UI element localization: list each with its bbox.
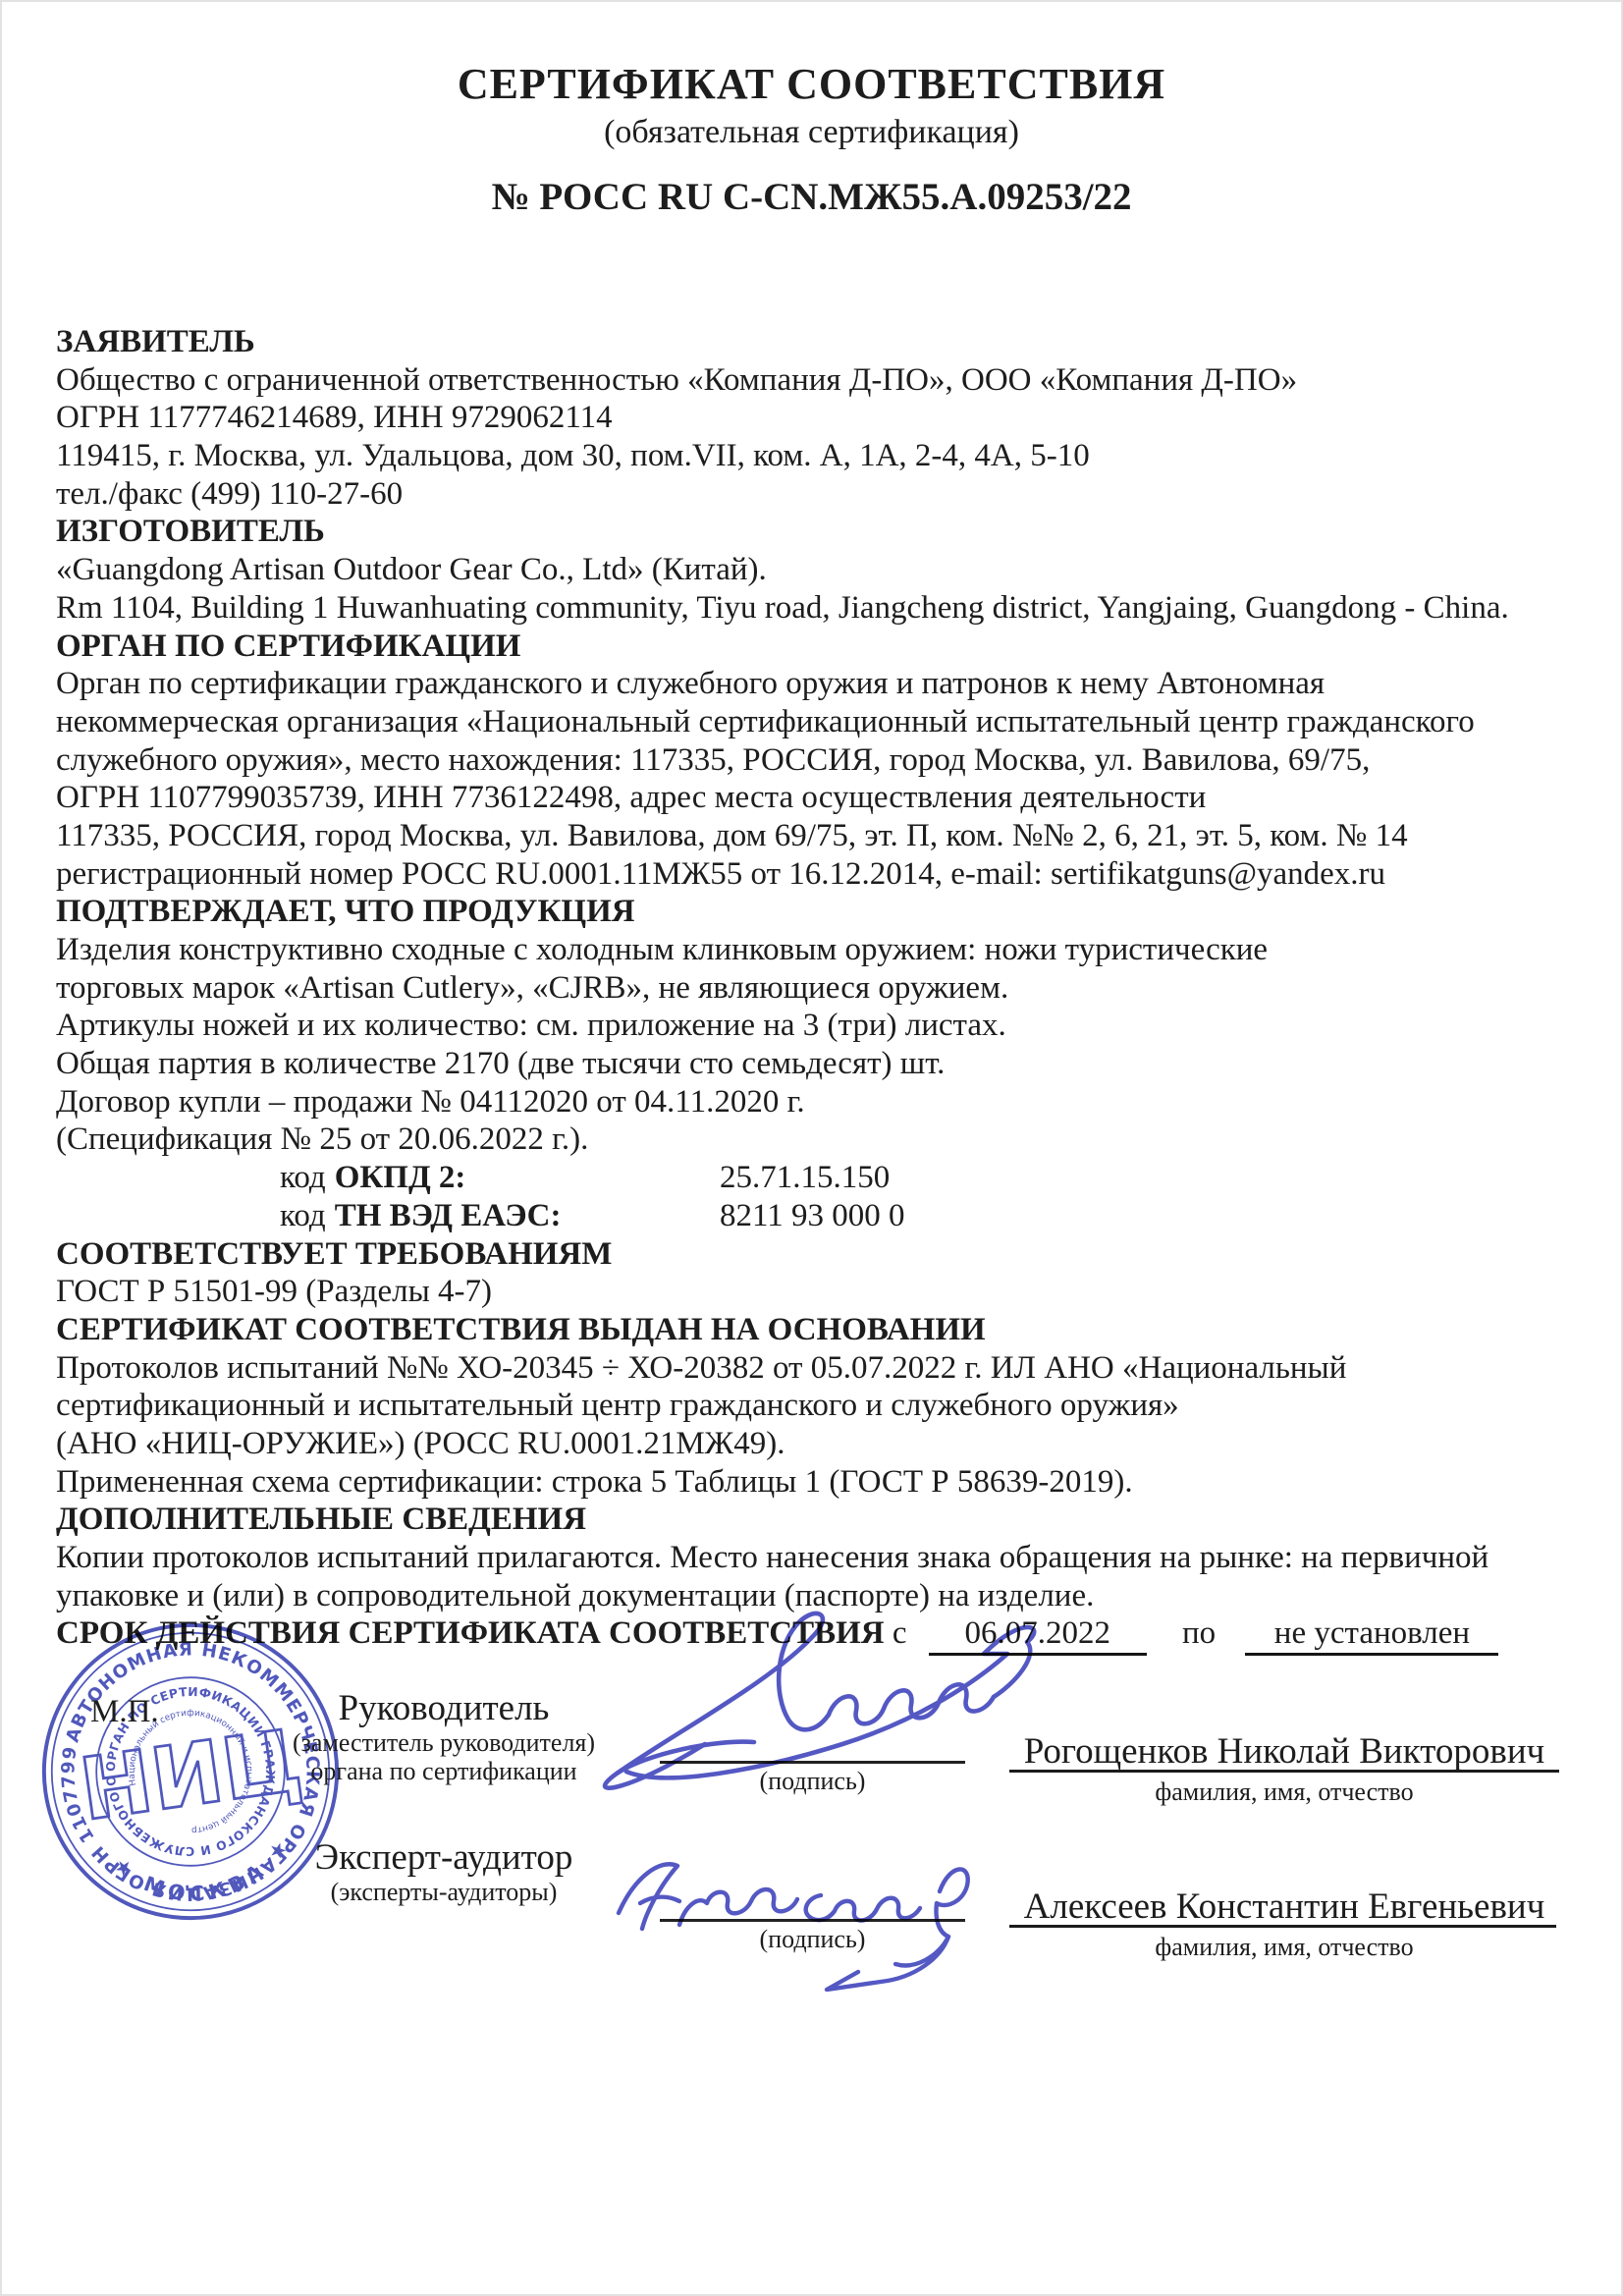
text-line: Копии протоколов испытаний прилагаются. … — [56, 1539, 1603, 1577]
head-name: Рогощенков Николай Викторович — [982, 1730, 1587, 1773]
stamp-city-text: ★ МОСКВА ★ — [107, 1830, 302, 1918]
expert-name: Алексеев Константин Евгеньевич — [982, 1886, 1587, 1928]
code-prefix: код — [280, 1198, 326, 1233]
validity-date-to: не установлен — [1245, 1614, 1498, 1656]
code-prefix: код — [280, 1160, 326, 1195]
certificate-title: СЕРТИФИКАТ СООТВЕТСТВИЯ — [0, 59, 1623, 109]
text-line: служебного оружия», место нахождения: 11… — [56, 741, 1603, 780]
validity-to-word: по — [1182, 1615, 1216, 1651]
code-label: ОКПД 2: — [335, 1160, 466, 1195]
text-line: Орган по сертификации гражданского и слу… — [56, 665, 1603, 703]
expert-signature-ink — [601, 1834, 998, 1992]
text-line: Примененная схема сертификации: строка 5… — [56, 1463, 1603, 1502]
head-role-block: Руководитель (заместитель руководителя) … — [282, 1689, 606, 1785]
text-line: торговых марок «Artisan Cutlery», «CJRB»… — [56, 969, 1603, 1008]
text-line: ПОДТВЕРЖДАЕТ, ЧТО ПРОДУКЦИЯ — [56, 893, 1603, 931]
code-value: 25.71.15.150 — [720, 1159, 890, 1197]
body-lines-top: ЗАЯВИТЕЛЬОбщество с ограниченной ответст… — [56, 323, 1603, 1159]
head-name-caption: фамилия, имя, отчество — [982, 1777, 1587, 1807]
expert-role-title: Эксперт-аудитор — [282, 1838, 606, 1878]
head-role-sub1: (заместитель руководителя) — [282, 1728, 606, 1757]
code-row: кодТН ВЭД ЕАЭС: 8211 93 000 0 — [56, 1197, 1603, 1235]
certificate-number: № РОСС RU C-CN.МЖ55.А.09253/22 — [0, 175, 1623, 219]
code-rows: кодОКПД 2: 25.71.15.150 кодТН ВЭД ЕАЭС: … — [56, 1159, 1603, 1234]
document-body: ЗАЯВИТЕЛЬОбщество с ограниченной ответст… — [56, 323, 1603, 1653]
text-line: Договор купли – продажи № 04112020 от 04… — [56, 1083, 1603, 1121]
svg-text:★ МОСКВА ★: ★ МОСКВА ★ — [107, 1830, 302, 1918]
head-role-sub2: органа по сертификации — [282, 1757, 606, 1785]
text-line: ОРГАН ПО СЕРТИФИКАЦИИ — [56, 628, 1603, 666]
code-value: 8211 93 000 0 — [720, 1197, 905, 1235]
signature-caption-2: (подпись) — [660, 1925, 965, 1954]
code-label: ТН ВЭД ЕАЭС: — [335, 1198, 562, 1233]
text-line: Протоколов испытаний №№ ХО-20345 ÷ ХО-20… — [56, 1349, 1603, 1388]
text-line: (АНО «НИЦ-ОРУЖИЕ») (РОСС RU.0001.21МЖ49)… — [56, 1425, 1603, 1463]
text-line: СООТВЕТСТВУЕТ ТРЕБОВАНИЯМ — [56, 1235, 1603, 1274]
head-role-title: Руководитель — [282, 1689, 606, 1728]
text-line: «Guangdong Artisan Outdoor Gear Co., Ltd… — [56, 551, 1603, 589]
text-line: СЕРТИФИКАТ СООТВЕТСТВИЯ ВЫДАН НА ОСНОВАН… — [56, 1311, 1603, 1349]
stamp-center-monogram: НИЦ — [75, 1711, 308, 1839]
text-line: Артикулы ножей и их количество: см. прил… — [56, 1007, 1603, 1045]
text-line: сертификационный и испытательный центр г… — [56, 1387, 1603, 1425]
text-line: (Спецификация № 25 от 20.06.2022 г.). — [56, 1121, 1603, 1159]
code-row: кодОКПД 2: 25.71.15.150 — [56, 1159, 1603, 1197]
text-line: Общая партия в количестве 2170 (две тыся… — [56, 1045, 1603, 1083]
text-line: ГОСТ Р 51501-99 (Разделы 4-7) — [56, 1273, 1603, 1311]
mp-seal-place-label: М.П. — [90, 1694, 159, 1730]
text-line: Общество с ограниченной ответственностью… — [56, 361, 1603, 400]
text-line: тел./факс (499) 110-27-60 — [56, 475, 1603, 514]
body-lines-bottom: СООТВЕТСТВУЕТ ТРЕБОВАНИЯМГОСТ Р 51501-99… — [56, 1235, 1603, 1615]
expert-role-block: Эксперт-аудитор (эксперты-аудиторы) — [282, 1838, 606, 1906]
text-line: ОГРН 1107799035739, ИНН 7736122498, адре… — [56, 779, 1603, 817]
text-line: некоммерческая организация «Национальный… — [56, 703, 1603, 741]
text-line: ЗАЯВИТЕЛЬ — [56, 323, 1603, 361]
text-line: регистрационный номер РОСС RU.0001.11МЖ5… — [56, 855, 1603, 894]
text-line: Rm 1104, Building 1 Huwanhuating communi… — [56, 589, 1603, 628]
signature-caption-1: (подпись) — [660, 1767, 965, 1796]
text-line: Изделия конструктивно сходные с холодным… — [56, 931, 1603, 969]
text-line: 117335, РОССИЯ, город Москва, ул. Вавило… — [56, 817, 1603, 855]
text-line: ИЗГОТОВИТЕЛЬ — [56, 513, 1603, 551]
text-line: ДОПОЛНИТЕЛЬНЫЕ СВЕДЕНИЯ — [56, 1501, 1603, 1539]
certificate-page: СЕРТИФИКАТ СООТВЕТСТВИЯ (обязательная се… — [0, 0, 1623, 2296]
certificate-subtitle: (обязательная сертификация) — [0, 114, 1623, 151]
text-line: 119415, г. Москва, ул. Удальцова, дом 30… — [56, 437, 1603, 475]
expert-role-sub1: (эксперты-аудиторы) — [282, 1878, 606, 1906]
text-line: ОГРН 1177746214689, ИНН 9729062114 — [56, 399, 1603, 437]
expert-name-caption: фамилия, имя, отчество — [982, 1933, 1587, 1962]
